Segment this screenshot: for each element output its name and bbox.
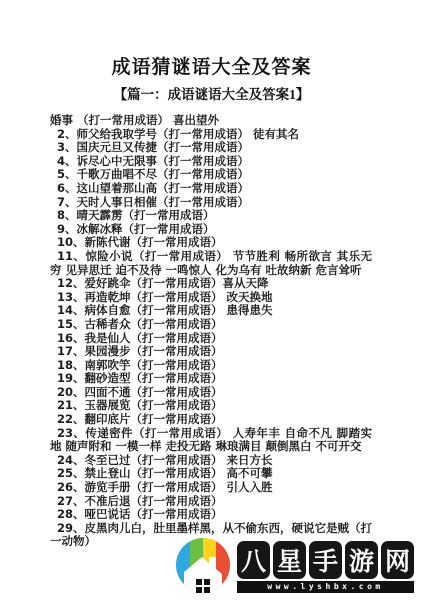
riddle-line: 10、新陈代谢（打一常用成语） (50, 236, 372, 250)
riddle-line: 9、冰解冰释（打一常用成语） (50, 223, 372, 237)
riddle-line: 23、传递密件（打一常用成语） 人寿年丰 自命不凡 脚踏实地 随声附和 一模一样… (50, 427, 372, 454)
riddle-line: 13、再造乾坤（打一常用成语） 改天换地 (50, 291, 372, 305)
riddle-line: 14、病体自愈（打一常用成语） 患得患失 (50, 304, 372, 318)
riddle-line: 22、翻印底片（打一常用成语） (50, 413, 372, 427)
riddle-line: 15、古稀者众（打一常用成语） (50, 318, 372, 332)
site-name-stamp-char: 八 (237, 541, 270, 579)
site-url: www.lyshbx.com (237, 581, 414, 593)
site-name-stamp-char: 星 (273, 541, 306, 579)
site-name-stamps: 八星手游网 (237, 541, 414, 579)
riddle-line: 18、南郭吹竽（打一常用成语） (50, 359, 372, 373)
riddle-line: 17、果园漫步（打一常用成语） (50, 345, 372, 359)
riddle-line: 16、我是仙人（打一常用成语） (50, 332, 372, 346)
document-page: 成语猜谜语大全及答案 【篇一：成语谜语大全及答案1】 婚事 （打一常用成语） 喜… (0, 0, 423, 600)
riddle-line: 3、国庆元旦又传捷（打一常用成语） (50, 141, 372, 155)
riddle-line: 24、冬至已过（打一常用成语） 来日方长 (50, 454, 372, 468)
site-name-stamp-char: 游 (345, 541, 378, 579)
riddle-line: 20、四面不通（打一常用成语） (50, 386, 372, 400)
riddle-line: 28、哑巴说话（打一常用成语） (50, 508, 372, 522)
riddle-line: 6、这山望着那山高（打一常用成语） (50, 182, 372, 196)
riddle-line: 4、诉尽心中无限事（打一常用成语） (50, 155, 372, 169)
site-name-stamp-char: 网 (381, 541, 414, 579)
riddle-line: 27、不准后退（打一常用成语） (50, 495, 372, 509)
riddle-line: 婚事 （打一常用成语） 喜出望外 (50, 114, 372, 128)
site-name-stamp-char: 手 (309, 541, 342, 579)
riddle-line: 12、爱好跳伞（打一常用成语）喜从天降 (50, 277, 372, 291)
riddle-line: 26、游览手册（打一常用成语） 引人入胜 (50, 481, 372, 495)
riddle-line: 11、惊险小说（打一常用成语） 节节胜利 畅所欲言 其乐无穷 见异思迁 迫不及待… (50, 250, 372, 277)
riddle-line: 25、禁止登山（打一常用成语） 高不可攀 (50, 467, 372, 481)
page-title: 成语猜谜语大全及答案 (0, 52, 423, 79)
riddle-line: 7、天时人事日相催（打一常用成语） (50, 196, 372, 210)
section-subtitle: 【篇一：成语谜语大全及答案1】 (0, 83, 423, 103)
riddle-line: 2、师父给我取学号（打一常用成语） 徒有其名 (50, 128, 372, 142)
riddle-line: 19、翻砂造型（打一常用成语） (50, 372, 372, 386)
riddle-line: 8、晴天霹雳（打一常用成语） (50, 209, 372, 223)
riddle-list: 婚事 （打一常用成语） 喜出望外2、师父给我取学号（打一常用成语） 徒有其名3、… (0, 114, 423, 549)
site-logo-icon (176, 538, 230, 596)
riddle-line: 5、千歌万曲唱不尽（打一常用成语） (50, 168, 372, 182)
riddle-line: 21、玉器展览（打一常用成语） (50, 399, 372, 413)
